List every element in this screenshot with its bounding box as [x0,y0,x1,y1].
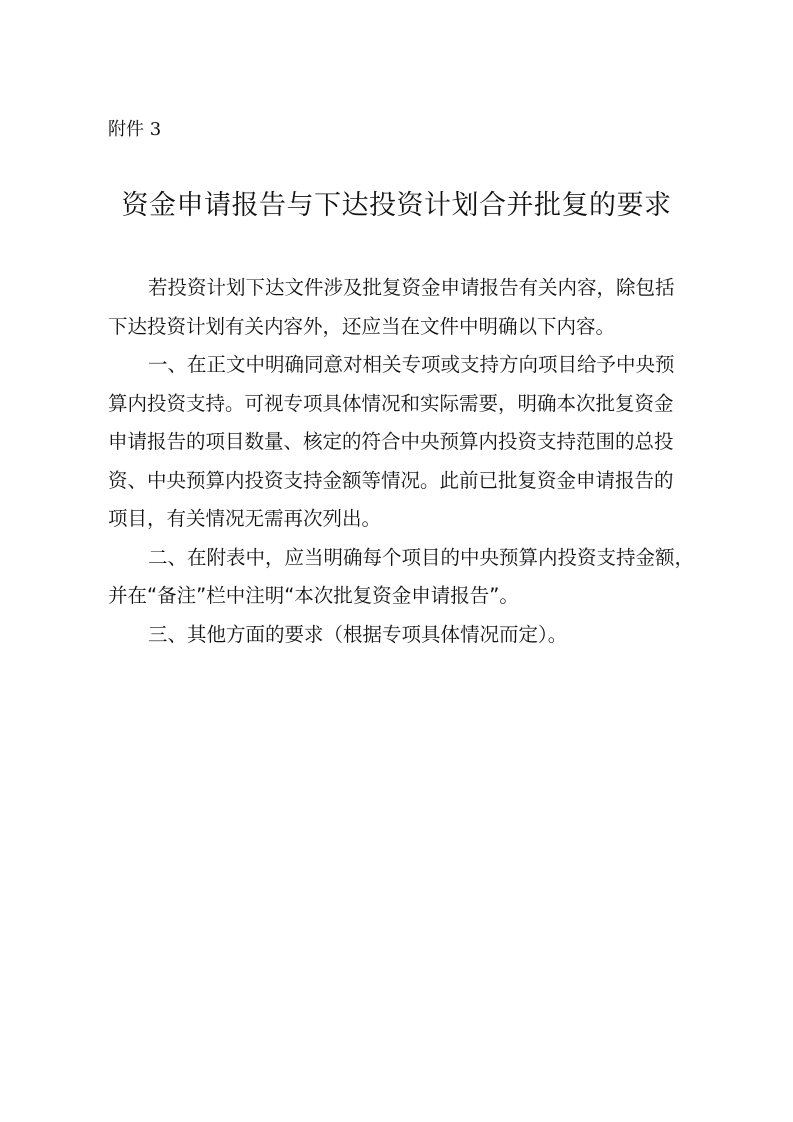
paragraph-item-3-line-1: 三、其他方面的要求（根据专项具体情况而定）。 [108,616,690,655]
paragraph-item-1-line-1: 一、在正文中明确同意对相关专项或支持方向项目给予中央预 [108,346,690,385]
attachment-label: 附件 3 [108,118,161,142]
document-title: 资金申请报告与下达投资计划合并批复的要求 [0,188,793,224]
paragraph-intro-line-1: 若投资计划下达文件涉及批复资金申请报告有关内容，除包括 [108,269,690,308]
paragraph-item-2-line-2: 并在“备注”栏中注明“本次批复资金申请报告”。 [108,577,690,616]
paragraph-item-2-line-1: 二、在附表中，应当明确每个项目的中央预算内投资支持金额， [108,539,690,578]
paragraph-intro-line-2: 下达投资计划有关内容外，还应当在文件中明确以下内容。 [108,308,690,347]
paragraph-item-1-line-2: 算内投资支持。可视专项具体情况和实际需要，明确本次批复资金 [108,385,690,424]
document-page: 附件 3 资金申请报告与下达投资计划合并批复的要求 若投资计划下达文件涉及批复资… [0,0,793,1122]
document-body: 若投资计划下达文件涉及批复资金申请报告有关内容，除包括 下达投资计划有关内容外，… [108,269,690,654]
paragraph-item-1-line-4: 资、中央预算内投资支持金额等情况。此前已批复资金申请报告的 [108,462,690,501]
paragraph-item-1-line-3: 申请报告的项目数量、核定的符合中央预算内投资支持范围的总投 [108,423,690,462]
paragraph-item-1-line-5: 项目，有关情况无需再次列出。 [108,500,690,539]
